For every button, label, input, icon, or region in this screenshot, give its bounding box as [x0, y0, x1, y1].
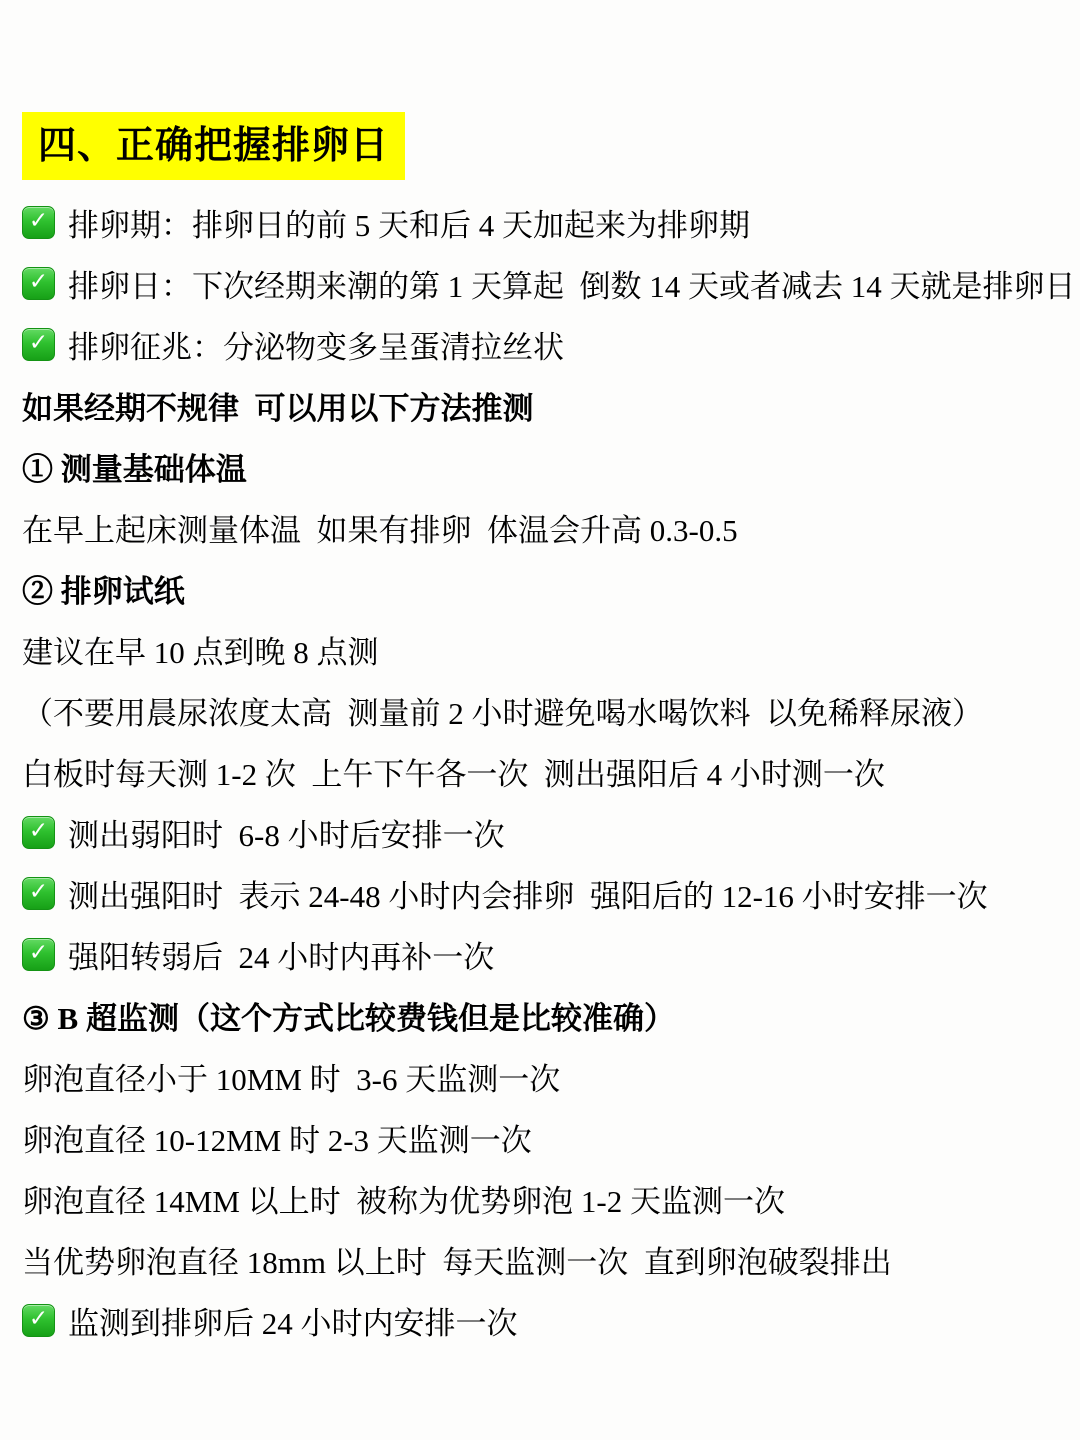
tick-glyph: ✓	[29, 271, 48, 294]
tick-glyph: ✓	[29, 820, 48, 843]
line-text: 建议在早 10 点到晚 8 点测	[22, 627, 379, 672]
check-icon: ✓	[22, 328, 55, 361]
tick-glyph: ✓	[29, 210, 48, 233]
text-line: ✓ 排卵日：下次经期来潮的第 1 天算起 倒数 14 天或者减去 14 天就是排…	[22, 253, 1066, 314]
text-line: ✓ 监测到排卵后 24 小时内安排一次	[22, 1290, 1066, 1351]
document-page: 四、正确把握排卵日 ✓ 排卵期：排卵日的前 5 天和后 4 天加起来为排卵期 ✓…	[0, 0, 1080, 1440]
tick-glyph: ✓	[29, 332, 48, 355]
line-text: 测出弱阳时 6-8 小时后安排一次	[68, 810, 505, 855]
text-line: ✓ 测出弱阳时 6-8 小时后安排一次	[22, 802, 1066, 863]
line-text: 测出强阳时 表示 24-48 小时内会排卵 强阳后的 12-16 小时安排一次	[68, 871, 988, 916]
text-line: ③ B 超监测（这个方式比较费钱但是比较准确）	[22, 985, 1066, 1046]
check-icon: ✓	[22, 938, 55, 971]
line-text: 监测到排卵后 24 小时内安排一次	[68, 1298, 518, 1343]
text-line: ① 测量基础体温	[22, 436, 1066, 497]
text-line: 卵泡直径 14MM 以上时 被称为优势卵泡 1-2 天监测一次	[22, 1168, 1066, 1229]
line-text: ② 排卵试纸	[22, 566, 185, 611]
text-line: 在早上起床测量体温 如果有排卵 体温会升高 0.3-0.5	[22, 497, 1066, 558]
line-text: 当优势卵泡直径 18mm 以上时 每天监测一次 直到卵泡破裂排出	[22, 1237, 892, 1282]
text-line: 如果经期不规律 可以用以下方法推测	[22, 375, 1066, 436]
text-line: ✓ 排卵征兆：分泌物变多呈蛋清拉丝状	[22, 314, 1066, 375]
check-icon: ✓	[22, 1304, 55, 1337]
line-text: （不要用晨尿浓度太高 测量前 2 小时避免喝水喝饮料 以免稀释尿液）	[22, 688, 983, 733]
line-text: 如果经期不规律 可以用以下方法推测	[22, 383, 534, 428]
check-icon: ✓	[22, 877, 55, 910]
line-text: ① 测量基础体温	[22, 444, 247, 489]
line-text: 排卵日：下次经期来潮的第 1 天算起 倒数 14 天或者减去 14 天就是排卵日	[68, 261, 1076, 306]
tick-glyph: ✓	[29, 881, 48, 904]
line-text: 在早上起床测量体温 如果有排卵 体温会升高 0.3-0.5	[22, 505, 738, 550]
text-line: ② 排卵试纸	[22, 558, 1066, 619]
tick-glyph: ✓	[29, 942, 48, 965]
line-text: 卵泡直径 14MM 以上时 被称为优势卵泡 1-2 天监测一次	[22, 1176, 785, 1221]
line-text: ③ B 超监测（这个方式比较费钱但是比较准确）	[22, 993, 675, 1038]
line-text: 排卵征兆：分泌物变多呈蛋清拉丝状	[68, 322, 564, 367]
check-icon: ✓	[22, 206, 55, 239]
text-line: 卵泡直径 10-12MM 时 2-3 天监测一次	[22, 1107, 1066, 1168]
text-line: ✓ 测出强阳时 表示 24-48 小时内会排卵 强阳后的 12-16 小时安排一…	[22, 863, 1066, 924]
text-line: 建议在早 10 点到晚 8 点测	[22, 619, 1066, 680]
text-line: 白板时每天测 1-2 次 上午下午各一次 测出强阳后 4 小时测一次	[22, 741, 1066, 802]
text-line: ✓ 强阳转弱后 24 小时内再补一次	[22, 924, 1066, 985]
tick-glyph: ✓	[29, 1308, 48, 1331]
line-text: 卵泡直径小于 10MM 时 3-6 天监测一次	[22, 1054, 560, 1099]
text-line: 卵泡直径小于 10MM 时 3-6 天监测一次	[22, 1046, 1066, 1107]
check-icon: ✓	[22, 816, 55, 849]
line-text: 排卵期：排卵日的前 5 天和后 4 天加起来为排卵期	[68, 200, 750, 245]
check-icon: ✓	[22, 267, 55, 300]
line-text: 白板时每天测 1-2 次 上午下午各一次 测出强阳后 4 小时测一次	[22, 749, 885, 794]
line-text: 卵泡直径 10-12MM 时 2-3 天监测一次	[22, 1115, 532, 1160]
text-line: ✓ 排卵期：排卵日的前 5 天和后 4 天加起来为排卵期	[22, 192, 1066, 253]
line-text: 强阳转弱后 24 小时内再补一次	[68, 932, 494, 977]
text-line: 当优势卵泡直径 18mm 以上时 每天监测一次 直到卵泡破裂排出	[22, 1229, 1066, 1290]
page-title: 四、正确把握排卵日	[22, 112, 405, 180]
content-lines: ✓ 排卵期：排卵日的前 5 天和后 4 天加起来为排卵期 ✓ 排卵日：下次经期来…	[22, 192, 1066, 1351]
text-line: （不要用晨尿浓度太高 测量前 2 小时避免喝水喝饮料 以免稀释尿液）	[22, 680, 1066, 741]
